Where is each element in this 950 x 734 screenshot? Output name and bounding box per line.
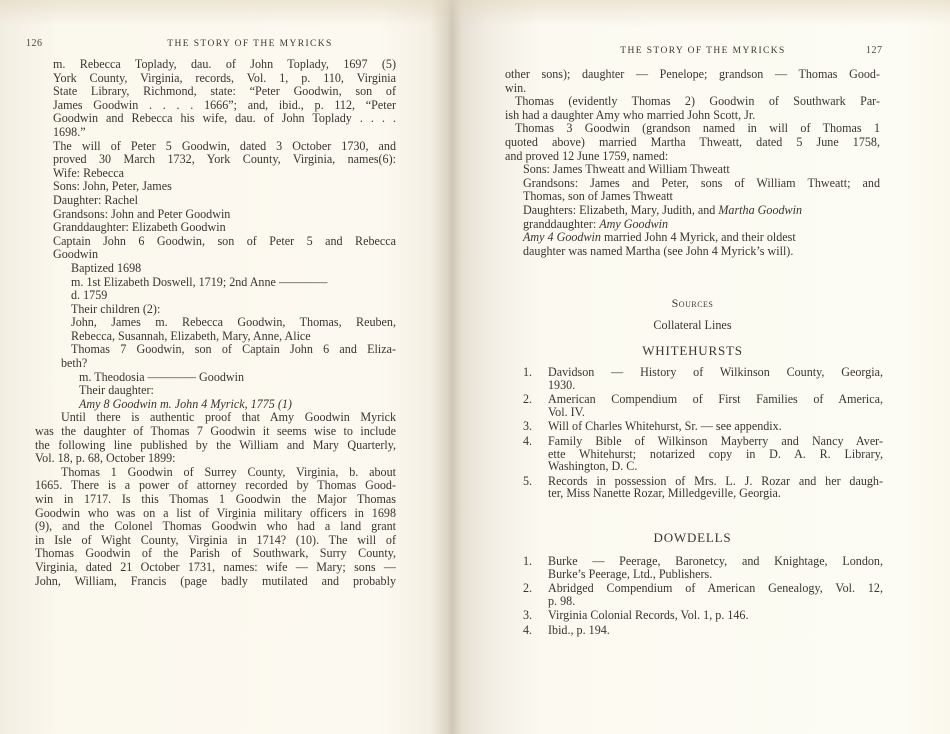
text-line: York County, Virginia, records, Vol. 1, …	[53, 72, 396, 86]
text-line: Wife: Rebecca	[53, 167, 396, 181]
text-line: Granddaughter: Elizabeth Goodwin	[53, 221, 396, 235]
source-number: 2.	[523, 393, 532, 406]
text-line: 1698.”	[53, 126, 396, 140]
source-number: 3.	[523, 609, 532, 622]
text-line: win in 1717. Is this Thomas 1 Goodwin th…	[35, 493, 396, 507]
text-line: Daughters: Elizabeth, Mary, Judith, and …	[505, 204, 880, 218]
text-line: Abridged Compendium of American Genealog…	[548, 582, 883, 595]
text-line: American Compendium of First Families of…	[548, 393, 883, 406]
text-fragment: Daughters: Elizabeth, Mary, Judith, and	[523, 203, 718, 217]
source-item: 2. American Compendium of First Families…	[523, 393, 883, 418]
italic-name: Amy Goodwin	[599, 217, 668, 231]
text-line: Grandsons: James and Peter, sons of Will…	[505, 177, 880, 191]
source-item: 3. Virginia Colonial Records, Vol. 1, p.…	[523, 609, 883, 622]
right-page-body: other sons); daughter — Penelope; grands…	[505, 68, 880, 258]
sources-subtitle: Collateral Lines	[505, 318, 880, 333]
source-number: 2.	[523, 582, 532, 595]
italic-name: Amy 4 Goodwin	[523, 230, 601, 244]
text-line: The will of Peter 5 Goodwin, dated 3 Oct…	[53, 140, 396, 154]
page-number: 126	[26, 38, 43, 49]
source-item: 4. Family Bible of Wilkinson Mayberry an…	[523, 435, 883, 473]
text-line: Family Bible of Wilkinson Mayberry and N…	[548, 435, 883, 448]
text-line: State Library, Richmond, state: “Peter G…	[53, 85, 396, 99]
text-fragment: granddaughter:	[523, 217, 599, 231]
source-item: 3. Will of Charles Whitehurst, Sr. — see…	[523, 420, 883, 433]
text-line: Vol. IV.	[548, 406, 883, 419]
text-line: Thomas (evidently Thomas 2) Goodwin of S…	[505, 95, 880, 109]
text-line: Sons: John, Peter, James	[53, 180, 396, 194]
text-line: p. 98.	[548, 595, 883, 608]
text-line-italic: Amy 8 Goodwin m. John 4 Myrick, 1775 (1)	[53, 398, 396, 412]
text-line: Thomas 7 Goodwin, son of Captain John 6 …	[53, 343, 396, 357]
text-line: proved 30 March 1732, York County, Virgi…	[53, 153, 396, 167]
text-line: Captain John 6 Goodwin, son of Peter 5 a…	[53, 235, 396, 249]
text-line: Amy 4 Goodwin married John 4 Myrick, and…	[505, 231, 880, 245]
text-line: Davidson — History of Wilkinson County, …	[548, 366, 883, 379]
source-item: 1. Davidson — History of Wilkinson Count…	[523, 366, 883, 391]
text-line: (9), and the Colonel Thomas Goodwin who …	[35, 520, 396, 534]
text-line: Grandsons: John and Peter Goodwin	[53, 208, 396, 222]
text-line: other sons); daughter — Penelope; grands…	[505, 68, 880, 82]
text-line: 1930.	[548, 379, 883, 392]
italic-name: Martha Goodwin	[718, 203, 802, 217]
text-line: John, James m. Rebecca Goodwin, Thomas, …	[53, 316, 396, 330]
running-head: THE STORY OF THE MYRICKS	[583, 46, 823, 56]
text-line: in Isle of Wight County, Virginia in 171…	[35, 534, 396, 548]
text-line: quoted above) married Martha Thweatt, da…	[505, 136, 880, 150]
text-line: Burke — Peerage, Baronetcy, and Knightag…	[548, 555, 883, 568]
text-line: Goodwin and Rebecca his wife, dau. of Jo…	[53, 112, 396, 126]
page-shadow	[0, 0, 950, 26]
text-line: Goodwin who was on a list of Virginia mi…	[35, 507, 396, 521]
text-line: ter, Miss Nanette Rozar, Milledgeville, …	[548, 487, 883, 500]
text-line: Their daughter:	[53, 384, 396, 398]
text-line: John, William, Francis (page badly mutil…	[35, 575, 396, 589]
text-line: Daughter: Rachel	[53, 194, 396, 208]
text-line: granddaughter: Amy Goodwin	[505, 218, 880, 232]
section-heading-whitehursts: WHITEHURSTS	[505, 343, 880, 359]
text-fragment: married John 4 Myrick, and their oldest	[601, 230, 796, 244]
text-line: Burke’s Peerage, Ltd., Publishers.	[548, 568, 883, 581]
text-line: win.	[505, 82, 880, 96]
text-line: m. Rebecca Toplady, dau. of John Toplady…	[53, 58, 396, 72]
text-line: beth?	[53, 357, 396, 371]
text-line: daughter was named Martha (see John 4 My…	[505, 245, 880, 259]
text-line: Their children (2):	[53, 303, 396, 317]
left-page-body: m. Rebecca Toplady, dau. of John Toplady…	[53, 58, 396, 588]
running-head: THE STORY OF THE MYRICKS	[120, 39, 380, 49]
section-heading-dowdells: DOWDELLS	[505, 530, 880, 546]
text-line: Goodwin	[53, 248, 396, 262]
source-item: 2. Abridged Compendium of American Genea…	[523, 582, 883, 607]
source-number: 1.	[523, 366, 532, 379]
text-line: and proved 12 June 1759, named:	[505, 150, 880, 164]
text-line: was the daughter of Thomas 7 Goodwin it …	[35, 425, 396, 439]
text-line: the following line published by the Will…	[35, 439, 396, 453]
text-line: Virginia Colonial Records, Vol. 1, p. 14…	[548, 609, 883, 622]
text-line: Rebecca, Susannah, Elizabeth, Mary, Anne…	[53, 330, 396, 344]
text-line: Virginia, dated 21 October 1731, names: …	[35, 561, 396, 575]
source-number: 4.	[523, 624, 532, 637]
source-item: 1. Burke — Peerage, Baronetcy, and Knigh…	[523, 555, 883, 580]
dowdells-source-list: 1. Burke — Peerage, Baronetcy, and Knigh…	[523, 555, 883, 639]
source-number: 4.	[523, 435, 532, 448]
text-line: Baptized 1698	[53, 262, 396, 276]
text-line: Until there is authentic proof that Amy …	[35, 411, 396, 425]
text-line: 1665. There is a power of attorney recor…	[35, 479, 396, 493]
source-number: 5.	[523, 475, 532, 488]
text-line: d. 1759	[53, 289, 396, 303]
text-line: Ibid., p. 194.	[548, 624, 883, 637]
text-line: Thomas 1 Goodwin of Surrey County, Virgi…	[35, 466, 396, 480]
text-line: Sons: James Thweatt and William Thweatt	[505, 163, 880, 177]
text-line: Thomas 3 Goodwin (grandson named in will…	[505, 122, 880, 136]
page-number: 127	[866, 45, 883, 56]
whitehursts-source-list: 1. Davidson — History of Wilkinson Count…	[523, 366, 883, 502]
source-number: 1.	[523, 555, 532, 568]
text-line: Will of Charles Whitehurst, Sr. — see ap…	[548, 420, 883, 433]
text-line: Vol. 18, p. 68, October 1899:	[35, 452, 396, 466]
text-line: Thomas Goodwin of the Parish of Southwar…	[35, 547, 396, 561]
text-line: Washington, D. C.	[548, 460, 883, 473]
text-line: m. Theodosia ———— Goodwin	[53, 371, 396, 385]
text-line: m. 1st Elizabeth Doswell, 1719; 2nd Anne…	[53, 276, 396, 290]
source-item: 5. Records in possession of Mrs. L. J. R…	[523, 475, 883, 500]
text-line: James Goodwin . . . . 1666”; and, ibid.,…	[53, 99, 396, 113]
text-line: Thomas, son of James Thweatt	[505, 190, 880, 204]
sources-title: Sources	[505, 296, 880, 311]
text-line: ish had a daughter Amy who married John …	[505, 109, 880, 123]
source-item: 4. Ibid., p. 194.	[523, 624, 883, 637]
source-number: 3.	[523, 420, 532, 433]
